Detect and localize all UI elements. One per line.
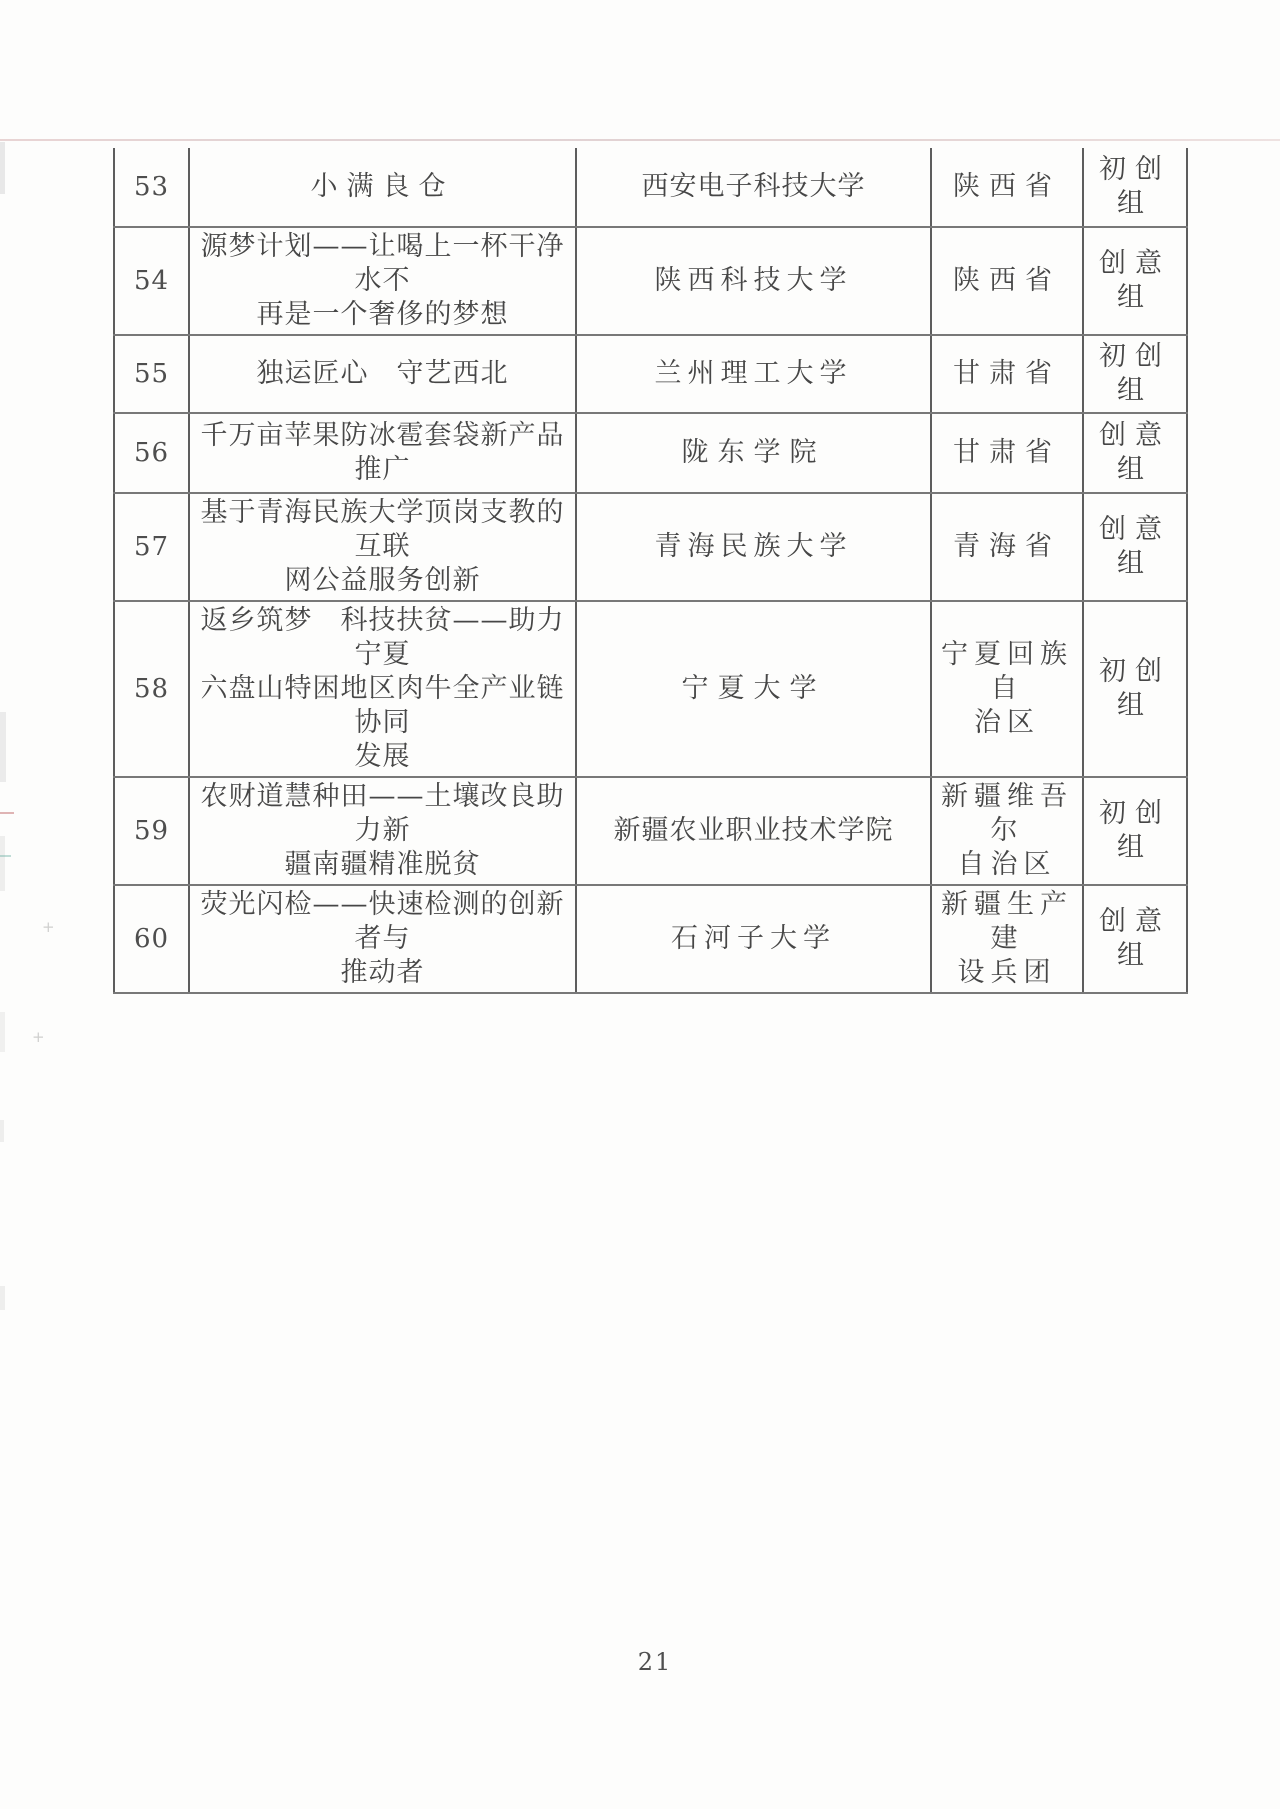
region-cell: 陕西省 xyxy=(931,227,1083,335)
project-cell: 荧光闪检——快速检测的创新者与 推动者 xyxy=(189,885,576,993)
scan-artifact xyxy=(0,1120,4,1142)
region-cell: 甘肃省 xyxy=(931,335,1083,413)
project-cell: 基于青海民族大学顶岗支教的互联 网公益服务创新 xyxy=(189,493,576,601)
group-cell: 创意组 xyxy=(1083,227,1187,335)
scan-artifact xyxy=(0,836,5,891)
table-row: 56 千万亩苹果防冰雹套袋新产品推广 陇东学院 甘肃省 创意组 xyxy=(114,413,1187,493)
rank-cell: 55 xyxy=(114,335,189,413)
school-cell: 兰州理工大学 xyxy=(576,335,931,413)
school-cell: 陕西科技大学 xyxy=(576,227,931,335)
scan-artifact: + xyxy=(32,1030,45,1045)
document-page: 53 小满良仓 西安电子科技大学 陕西省 初创组 54 源梦计划——让喝上一杯干… xyxy=(0,0,1280,1809)
region-cell: 陕西省 xyxy=(931,148,1083,227)
table-row: 59 农财道慧种田——土壤改良助力新 疆南疆精准脱贫 新疆农业职业技术学院 新疆… xyxy=(114,777,1187,885)
rank-cell: 57 xyxy=(114,493,189,601)
school-cell: 宁夏大学 xyxy=(576,601,931,777)
region-cell: 青海省 xyxy=(931,493,1083,601)
school-cell: 石河子大学 xyxy=(576,885,931,993)
project-cell: 独运匠心 守艺西北 xyxy=(189,335,576,413)
table-row: 53 小满良仓 西安电子科技大学 陕西省 初创组 xyxy=(114,148,1187,227)
scan-artifact-top-line xyxy=(0,139,1280,141)
project-cell: 源梦计划——让喝上一杯干净水不 再是一个奢侈的梦想 xyxy=(189,227,576,335)
scan-artifact xyxy=(0,142,5,194)
scan-artifact xyxy=(0,1012,5,1052)
table-row: 54 源梦计划——让喝上一杯干净水不 再是一个奢侈的梦想 陕西科技大学 陕西省 … xyxy=(114,227,1187,335)
school-cell: 陇东学院 xyxy=(576,413,931,493)
school-cell: 青海民族大学 xyxy=(576,493,931,601)
group-cell: 创意组 xyxy=(1083,493,1187,601)
table-row: 58 返乡筑梦 科技扶贫——助力宁夏 六盘山特困地区肉牛全产业链协同 发展 宁夏… xyxy=(114,601,1187,777)
region-cell: 新疆维吾尔 自治区 xyxy=(931,777,1083,885)
group-cell: 初创组 xyxy=(1083,148,1187,227)
school-cell: 西安电子科技大学 xyxy=(576,148,931,227)
rank-cell: 53 xyxy=(114,148,189,227)
region-cell: 新疆生产建 设兵团 xyxy=(931,885,1083,993)
page-number: 21 xyxy=(638,1648,673,1676)
scan-artifact: + xyxy=(42,920,55,935)
scan-artifact xyxy=(0,1286,5,1310)
table-row: 60 荧光闪检——快速检测的创新者与 推动者 石河子大学 新疆生产建 设兵团 创… xyxy=(114,885,1187,993)
project-cell: 返乡筑梦 科技扶贫——助力宁夏 六盘山特困地区肉牛全产业链协同 发展 xyxy=(189,601,576,777)
rank-cell: 60 xyxy=(114,885,189,993)
rank-cell: 59 xyxy=(114,777,189,885)
region-cell: 宁夏回族自 治区 xyxy=(931,601,1083,777)
project-cell: 千万亩苹果防冰雹套袋新产品推广 xyxy=(189,413,576,493)
scan-artifact xyxy=(0,812,14,814)
rank-cell: 58 xyxy=(114,601,189,777)
group-cell: 初创组 xyxy=(1083,335,1187,413)
table-row: 57 基于青海民族大学顶岗支教的互联 网公益服务创新 青海民族大学 青海省 创意… xyxy=(114,493,1187,601)
rank-cell: 54 xyxy=(114,227,189,335)
scan-artifact xyxy=(0,855,11,857)
project-cell: 农财道慧种田——土壤改良助力新 疆南疆精准脱贫 xyxy=(189,777,576,885)
school-cell: 新疆农业职业技术学院 xyxy=(576,777,931,885)
group-cell: 初创组 xyxy=(1083,601,1187,777)
group-cell: 初创组 xyxy=(1083,777,1187,885)
region-cell: 甘肃省 xyxy=(931,413,1083,493)
project-cell: 小满良仓 xyxy=(189,148,576,227)
group-cell: 创意组 xyxy=(1083,413,1187,493)
rank-cell: 56 xyxy=(114,413,189,493)
scan-artifact xyxy=(0,712,6,782)
group-cell: 创意组 xyxy=(1083,885,1187,993)
table-row: 55 独运匠心 守艺西北 兰州理工大学 甘肃省 初创组 xyxy=(114,335,1187,413)
award-list-table: 53 小满良仓 西安电子科技大学 陕西省 初创组 54 源梦计划——让喝上一杯干… xyxy=(113,148,1188,994)
